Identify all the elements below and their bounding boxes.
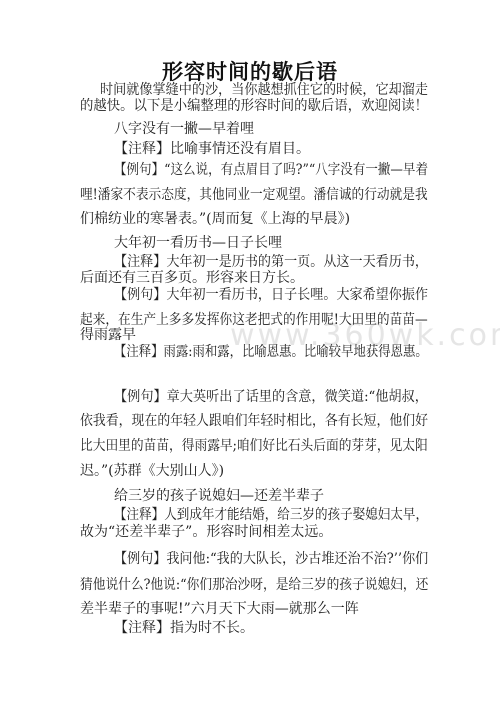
text-line: 给三岁的孩子说媳妇—还差半辈子 — [114, 488, 324, 504]
text-line: 【例句】章大英听出了话里的含意，微笑道:“他胡叔， — [114, 389, 428, 405]
text-line: 【例句】“这么说，有点眉目了吗?”“八字没有一撇—早着 — [114, 162, 428, 178]
text-line: 起来，在生产上多多发挥你这老把式的作用呢!大田里的苗苗— — [80, 312, 428, 328]
text-line: 们棉纺业的寒暑表。”(周而复《上海的早晨》) — [80, 211, 350, 227]
text-line: 故为“还差半辈子”。形容时间相差太远。 — [80, 524, 332, 540]
text-line: 后面还有三百多页。形容来日方长。 — [80, 270, 304, 286]
text-line: 【注释】大年初一是历书的第一页。从这一天看历书， — [114, 254, 428, 270]
text-line: 大年初一看历书—日子长哩 — [114, 235, 282, 251]
text-line: 的越快。以下是小编整理的形容时间的歇后语，欢迎阅读！ — [80, 98, 428, 114]
text-line: 哩!潘家不表示态度，其他同业一定观望。潘信诚的行动就是我 — [80, 187, 428, 203]
text-line: 八字没有一撇—早着哩 — [114, 121, 254, 137]
text-line: 【注释】指为时不长。 — [114, 620, 254, 636]
text-line: 得雨露早 — [80, 327, 136, 343]
text-line: 依我看，现在的年轻人跟咱们年轻时相比，各有长短，他们好 — [80, 413, 428, 429]
text-line: 【注释】人到成年才能结婚，给三岁的孩子娶媳妇太早， — [114, 507, 428, 523]
text-line: 迟。”(苏群《大别山人》) — [80, 463, 224, 479]
text-line: 【注释】比喻事情还没有眉目。 — [114, 141, 310, 157]
text-line: 【例句】我问他:“我的大队长，沙古堆还治不治?’’你们 — [114, 551, 428, 567]
text-line: 时间就像掌缝中的沙，当你越想抓住它的时候，它却溜走 — [100, 82, 428, 98]
document-page: 形容时间的歇后语 www.360wk.com 时间就像掌缝中的沙，当你越想抓住它… — [0, 0, 500, 708]
text-line: 【注释】雨露:雨和露，比喻恩惠。比喻较早地获得恩惠。 — [114, 344, 428, 360]
text-line: 比大田里的苗苗，得雨露早;咱们好比石头后面的芽芽，见太阳 — [80, 438, 428, 454]
text-line: 猜他说什么?他说:“你们那治沙呀，是给三岁的孩子说媳妇，还 — [80, 577, 428, 593]
text-line: 【例句】大年初一看历书，日子长哩。大家希望你振作 — [114, 287, 428, 303]
text-line: 差半辈子的事呢!”六月天下大雨—就那么一阵 — [80, 601, 359, 617]
